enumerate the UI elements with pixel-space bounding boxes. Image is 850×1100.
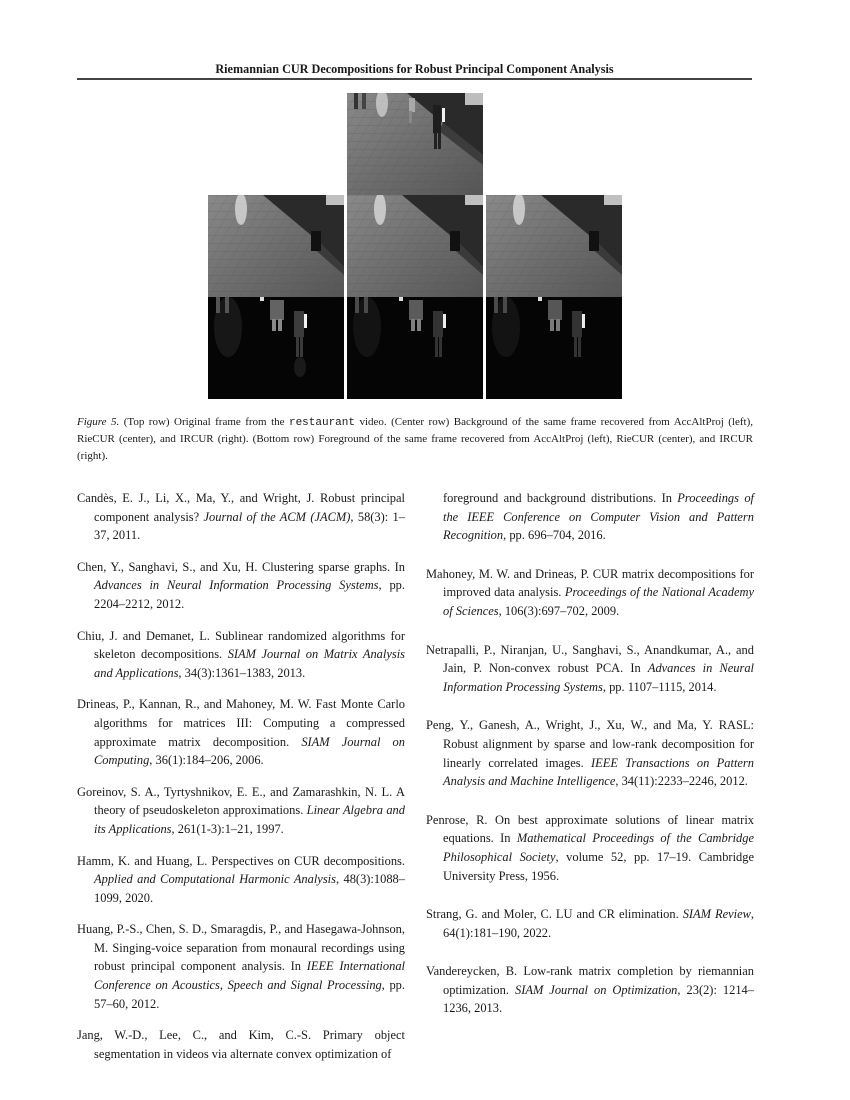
reference-continuation: foreground and background distributions.… [426,489,754,545]
tile-background-ircur [486,195,622,297]
reference-item: Goreinov, S. A., Tyrtyshnikov, E. E., an… [77,783,405,839]
tile-background-accaltproj [208,195,344,297]
reference-item: Huang, P.-S., Chen, S. D., Smaragdis, P.… [77,920,405,1013]
reference-item: Jang, W.-D., Lee, C., and Kim, C.-S. Pri… [77,1026,405,1063]
reference-item: Mahoney, M. W. and Drineas, P. CUR matri… [426,565,754,621]
reference-item: Chiu, J. and Demanet, L. Sublinear rando… [77,627,405,683]
reference-item: Strang, G. and Moler, C. LU and CR elimi… [426,905,754,942]
reference-item: Hamm, K. and Huang, L. Perspectives on C… [77,852,405,908]
reference-item: Peng, Y., Ganesh, A., Wright, J., Xu, W.… [426,716,754,790]
references-left-column: Candès, E. J., Li, X., Ma, Y., and Wrigh… [77,489,405,1076]
reference-item: Drineas, P., Kannan, R., and Mahoney, M.… [77,695,405,769]
reference-item: Vandereycken, B. Low-rank matrix complet… [426,962,754,1018]
tile-foreground-riecur [347,297,483,399]
tile-background-riecur [347,195,483,297]
reference-item: Netrapalli, P., Niranjan, U., Sanghavi, … [426,641,754,697]
background-accaltproj-image [208,195,344,297]
tile-foreground-ircur [486,297,622,399]
reference-item: Penrose, R. On best approximate solution… [426,811,754,885]
caption-text-1: (Top row) Original frame from the [119,416,289,428]
figure-label: Figure 5. [77,416,119,428]
foreground-accaltproj-image [208,297,344,399]
background-ircur-image [486,195,622,297]
running-head: Riemannian CUR Decompositions for Robust… [77,62,752,77]
tile-foreground-accaltproj [208,297,344,399]
reference-item: Chen, Y., Sanghavi, S., and Xu, H. Clust… [77,558,405,614]
original-frame-image [347,93,483,195]
caption-code-restaurant: restaurant [289,417,355,429]
header-rule [77,78,752,80]
foreground-ircur-image [486,297,622,399]
figure-caption: Figure 5. (Top row) Original frame from … [77,414,753,464]
foreground-riecur-image [347,297,483,399]
reference-item: Candès, E. J., Li, X., Ma, Y., and Wrigh… [77,489,405,545]
background-riecur-image [347,195,483,297]
references-right-column: foreground and background distributions.… [426,489,754,1031]
tile-original-frame [347,93,483,195]
